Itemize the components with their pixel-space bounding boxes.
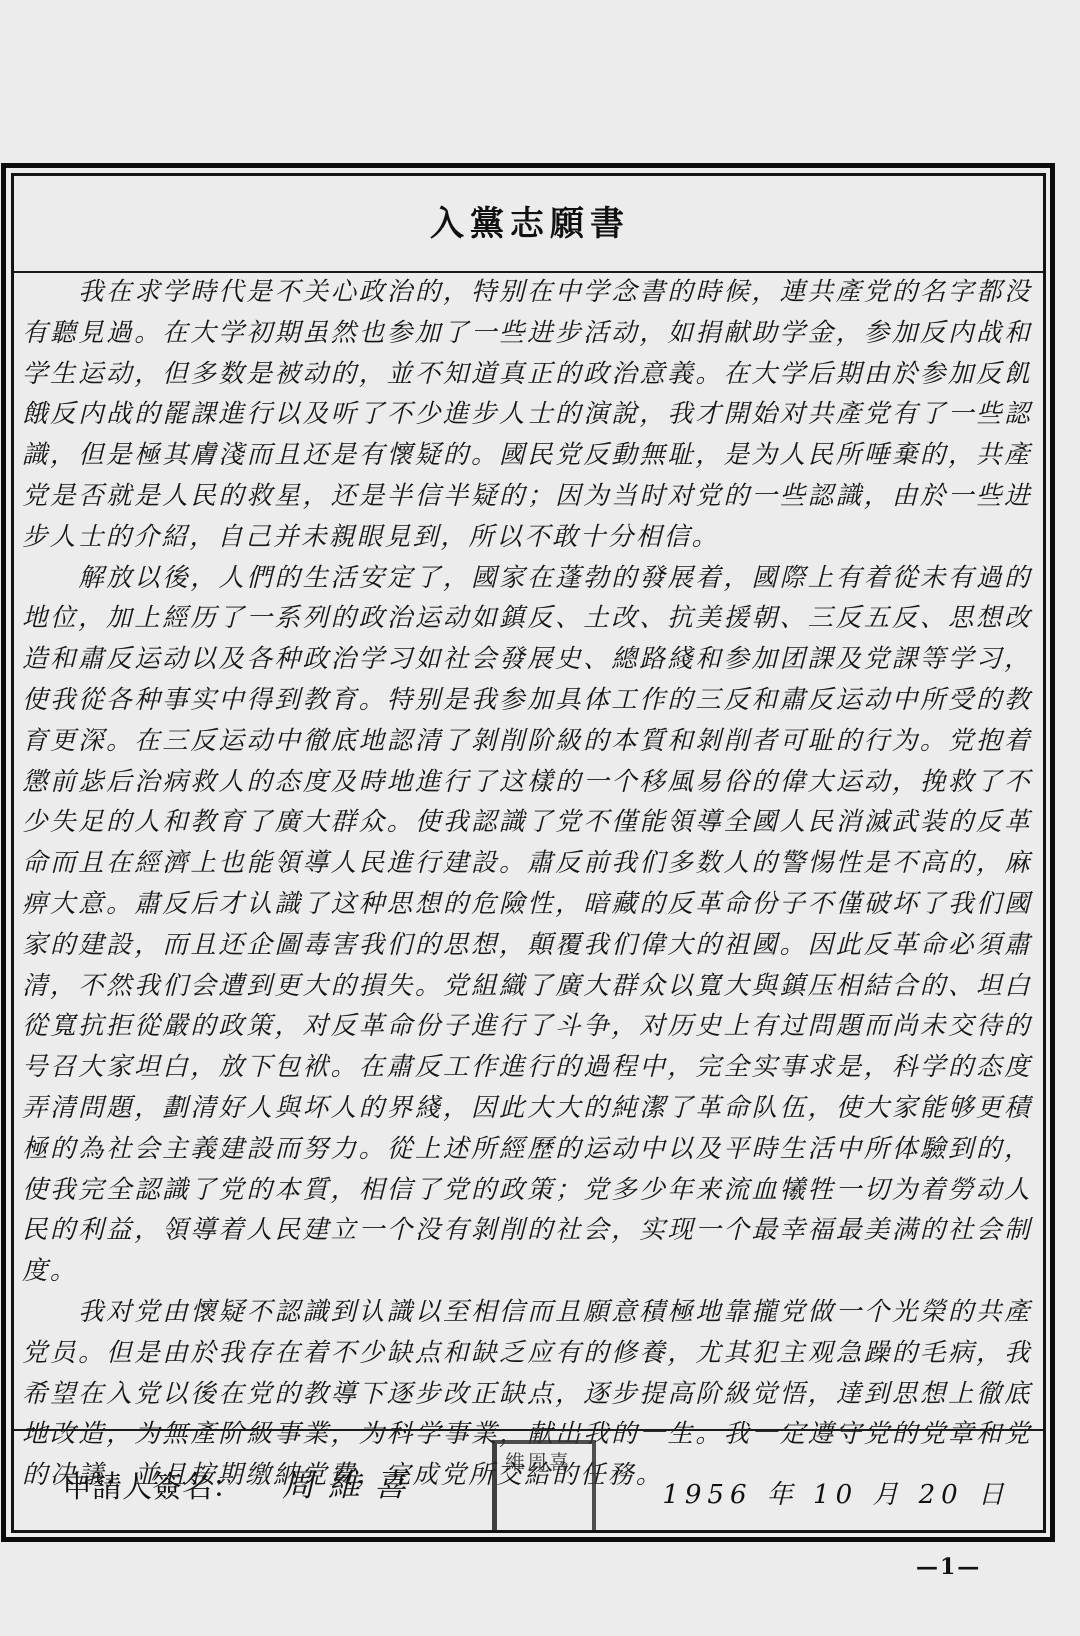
paragraph-1: 我在求学時代是不关心政治的，特别在中学念書的時候，連共產党的名字都没有聽見過。在… (22, 272, 1032, 558)
paragraph-2: 解放以後，人們的生活安定了，國家在蓬勃的發展着，國際上有着從未有過的地位，加上經… (22, 558, 1032, 1292)
seal-stamp-icon: 維周喜 (492, 1440, 596, 1530)
signature-date: 1956 年 10 月 20 日 (662, 1474, 1010, 1511)
signature-label: 申請人簽名： (62, 1462, 242, 1506)
document-title: 入黨志願書 (0, 196, 1060, 245)
page-number: —1— (916, 1554, 981, 1580)
document-body: 我在求学時代是不关心政治的，特别在中学念書的時候，連共產党的名字都没有聽見過。在… (22, 272, 1032, 1496)
signature-row: 申請人簽名： 周維喜 維周喜 1956 年 10 月 20 日 (62, 1456, 1022, 1516)
signature-divider (14, 1429, 1043, 1431)
applicant-signature: 周維喜 (282, 1460, 420, 1506)
